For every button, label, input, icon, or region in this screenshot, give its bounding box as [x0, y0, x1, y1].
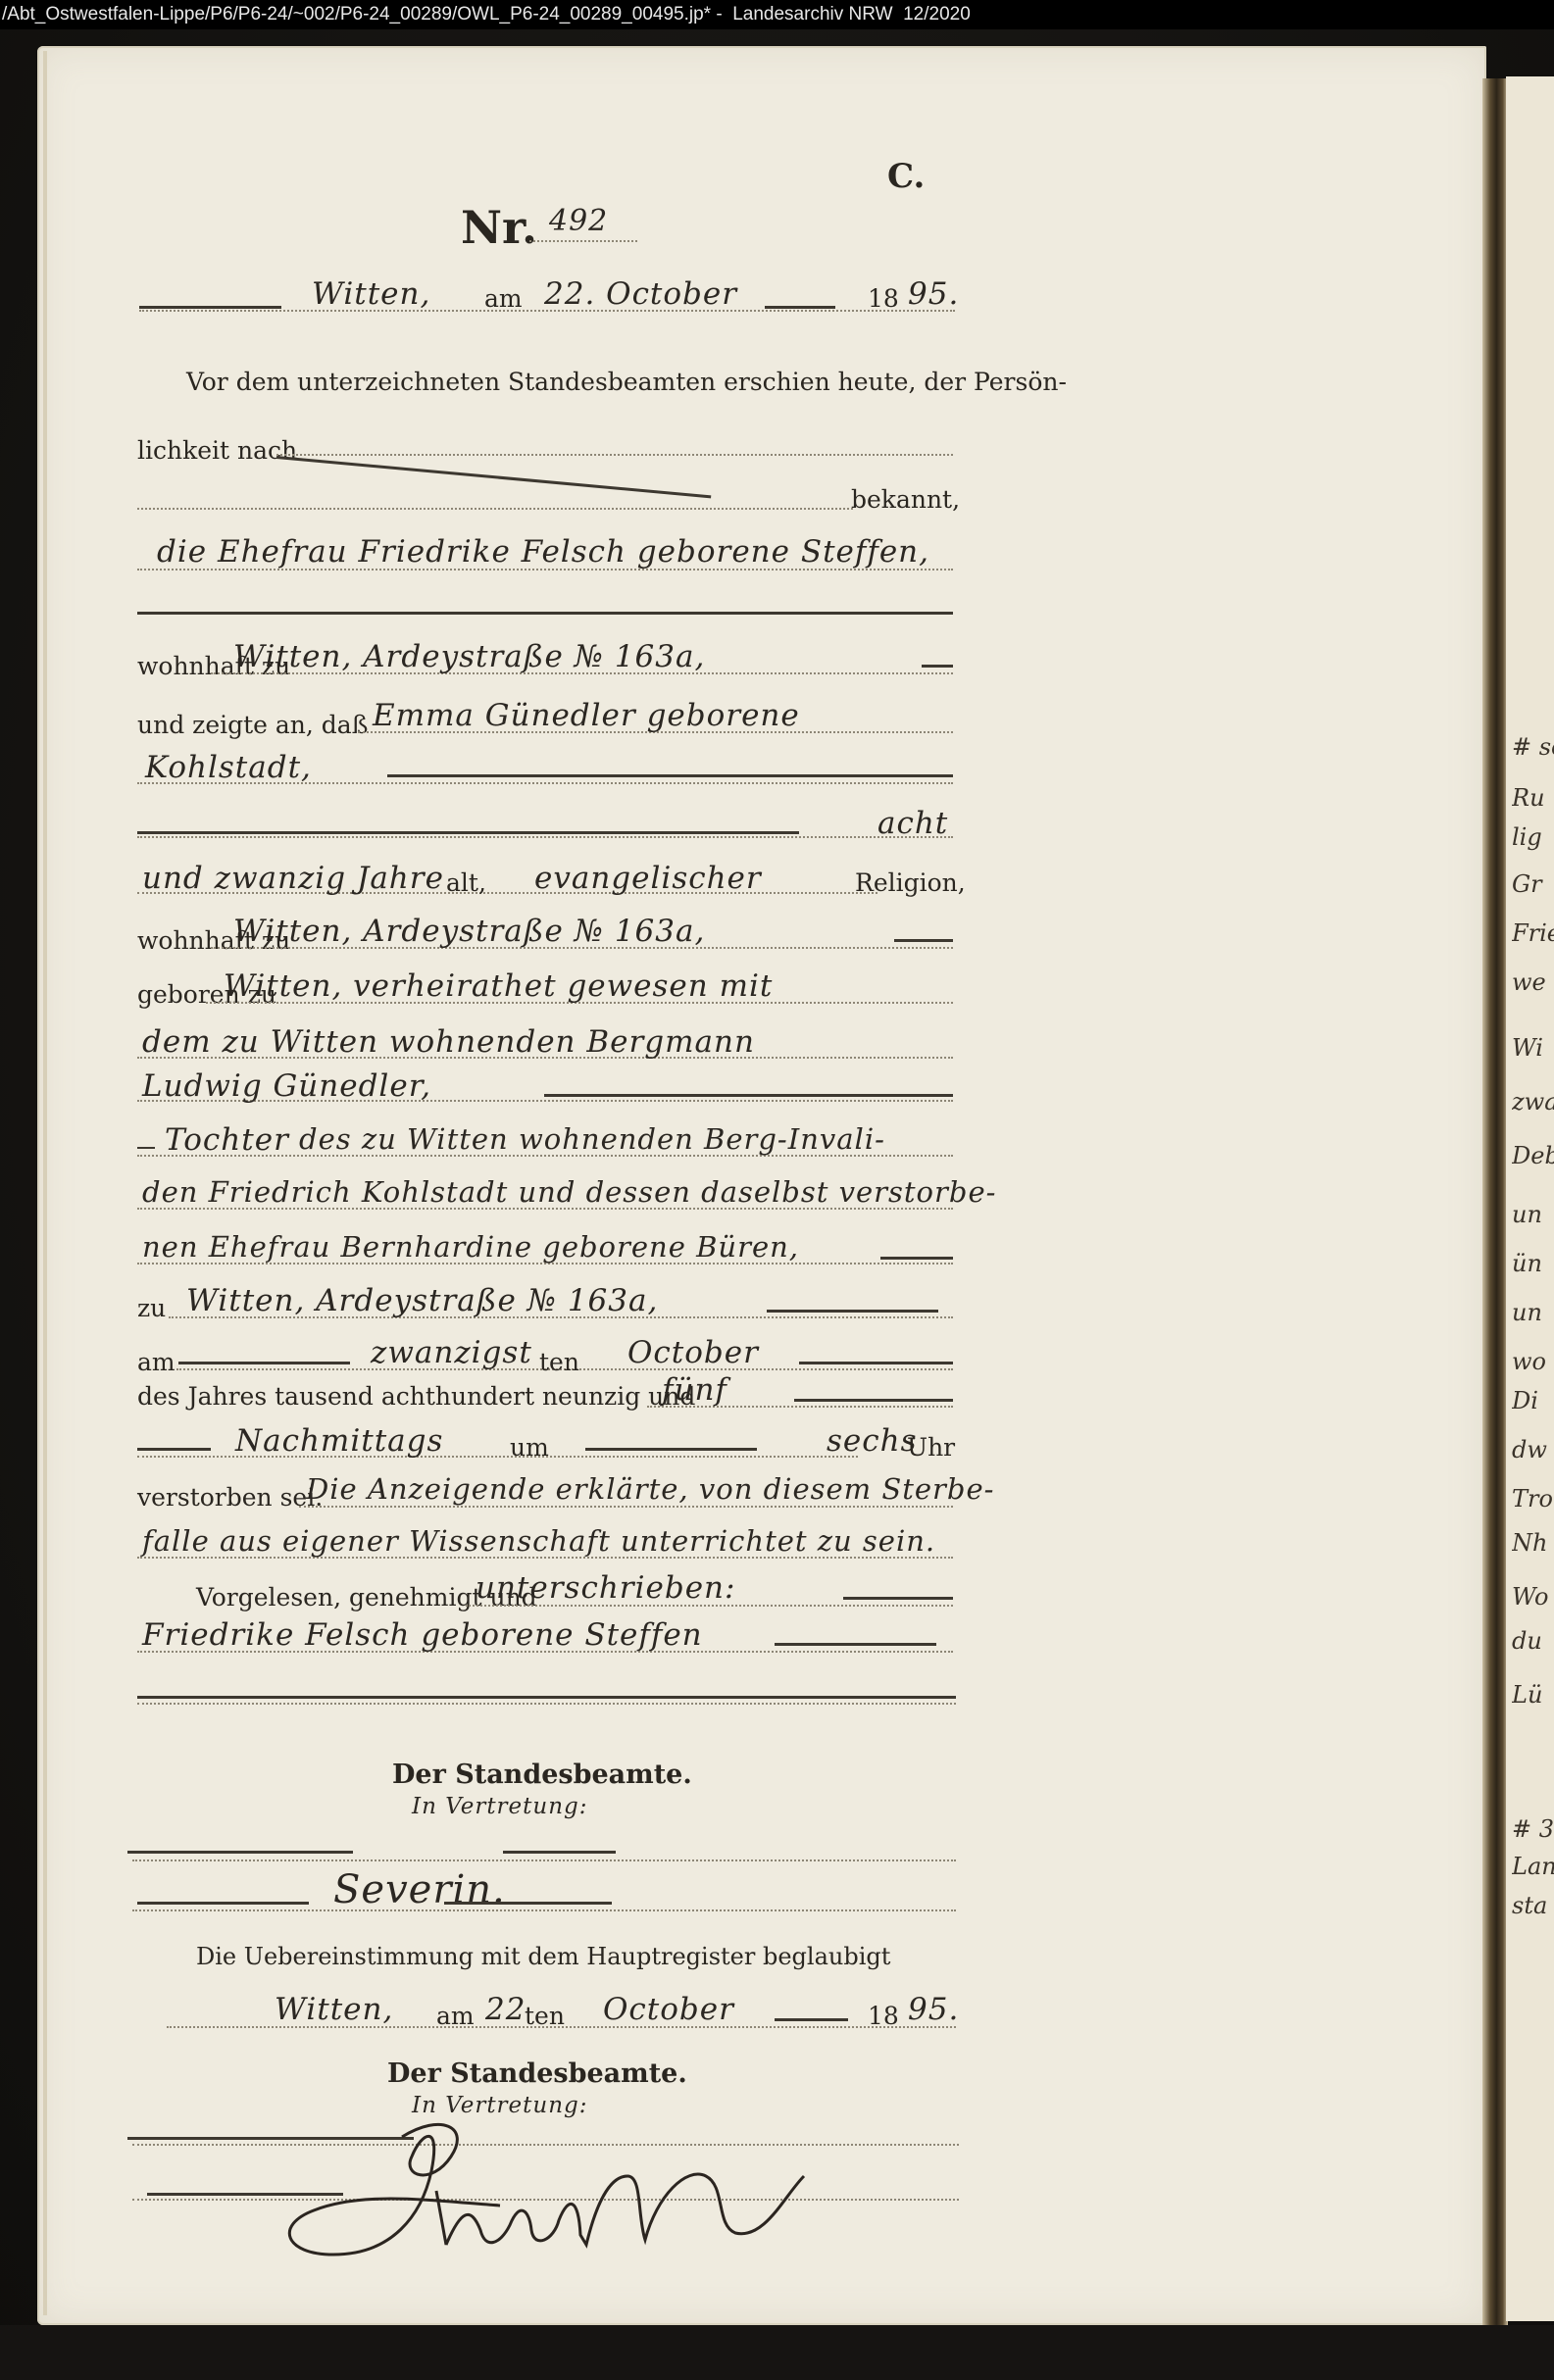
father-line2: den Friedrich Kohlstadt und dessen dasel… — [142, 1175, 996, 1209]
mother-line: nen Ehefrau Bernhardine geborene Büren, — [142, 1230, 799, 1264]
informant-residence: Witten, Ardeystraße № 163a, — [233, 639, 705, 674]
filler-rule — [843, 1597, 953, 1600]
signature-rule — [444, 1902, 612, 1905]
facing-note: Gr — [1512, 870, 1554, 898]
dotted-line — [137, 508, 853, 510]
informant-name: die Ehefrau Friedrike Felsch geborene St… — [157, 534, 929, 570]
date-am-label: am — [484, 284, 523, 313]
declaration-line1: Die Anzeigende erklärte, von diesem Ster… — [306, 1472, 994, 1506]
declaration-line2: falle aus eigener Wissenschaft unterrich… — [142, 1524, 935, 1558]
zeigte-an-label: und zeigte an, daß — [137, 711, 368, 739]
separator-rule — [137, 612, 953, 615]
facing-note: Di — [1512, 1387, 1554, 1414]
death-record: C. Nr. 492 Witten, am 22. October 18 95.… — [0, 0, 1554, 2380]
number-dotted-line — [529, 240, 637, 242]
facing-note: Tro — [1512, 1485, 1554, 1512]
registrar-deputy-note: In Vertretung: — [412, 1794, 588, 1819]
facing-note: # sc — [1512, 733, 1554, 761]
facing-note: wo — [1512, 1348, 1554, 1375]
religion-value: evangelischer — [534, 861, 762, 896]
filler-rule — [775, 2018, 848, 2021]
signature-rule — [503, 1851, 616, 1854]
deceased-name: Emma Günedler geborene — [373, 698, 800, 733]
facing-note: un — [1512, 1299, 1554, 1326]
signature-rule — [137, 1902, 309, 1905]
time-of-day: Nachmittags — [235, 1423, 443, 1459]
death-hour: sechs — [827, 1423, 918, 1459]
cert-heading: Der Standesbeamte. — [387, 2058, 687, 2089]
facing-note: sta — [1512, 1892, 1554, 1919]
cert-signature-flourish — [275, 2117, 1088, 2274]
facing-note: Lan — [1512, 1853, 1554, 1880]
filler-rule — [387, 774, 953, 777]
deceased-residence: Witten, Ardeystraße № 163a, — [233, 914, 705, 949]
dotted-line — [137, 836, 953, 838]
facing-note: # 3 — [1512, 1815, 1554, 1843]
record-number: 492 — [549, 204, 608, 238]
death-day: zwanzigst — [371, 1335, 532, 1370]
dotted-line — [137, 1703, 956, 1705]
facing-note: zwa — [1512, 1088, 1554, 1116]
filler-rule — [765, 306, 835, 309]
facing-note: dw — [1512, 1436, 1554, 1463]
father-line1: des zu Witten wohnenden Berg-Invali- — [299, 1122, 885, 1156]
am-label: am — [137, 1348, 175, 1376]
spouse-line: dem zu Witten wohnenden Bergmann — [142, 1024, 755, 1060]
vorgelesen-value: unterschrieben: — [476, 1570, 735, 1606]
filler-rule — [139, 306, 281, 309]
facing-note: we — [1512, 968, 1554, 996]
certification-text: Die Uebereinstimmung mit dem Hauptregist… — [196, 1943, 890, 1970]
registrar-heading: Der Standesbeamte. — [392, 1760, 692, 1790]
birth-place: Witten, verheirathet gewesen mit — [224, 968, 773, 1004]
filler-rule — [137, 831, 799, 834]
bekannt-label: bekannt, — [851, 485, 960, 514]
filler-rule — [137, 1448, 211, 1451]
facing-note: Wi — [1512, 1034, 1554, 1062]
filler-rule — [894, 939, 953, 942]
death-place: Witten, Ardeystraße № 163a, — [186, 1283, 658, 1318]
age-part2: und zwanzig Jahre — [142, 861, 444, 896]
filler-rule — [585, 1448, 757, 1451]
register-letter: C. — [887, 157, 925, 196]
facing-note: Nh — [1512, 1529, 1554, 1557]
signature-dotted-line — [132, 1909, 956, 1911]
facing-note: Deb — [1512, 1142, 1554, 1169]
age-part1: acht — [877, 806, 948, 841]
cert-ten-label: ten — [525, 2002, 565, 2030]
zu-label: zu — [137, 1294, 166, 1322]
filler-rule — [880, 1257, 953, 1260]
uhr-label: Uhr — [907, 1433, 955, 1462]
facing-note: Ru — [1512, 784, 1554, 812]
alt-label: alt, — [446, 868, 486, 897]
filler-rule — [794, 1399, 953, 1402]
intro-text-line2: lichkeit nach — [137, 436, 297, 465]
filler-rule — [775, 1643, 936, 1646]
filler-rule — [137, 1147, 155, 1149]
facing-note: Lü — [1512, 1681, 1554, 1709]
signature-rule — [127, 1851, 353, 1854]
informant-signature: Friedrike Felsch geborene Steffen — [142, 1617, 703, 1653]
facing-note: lig — [1512, 823, 1554, 851]
cert-deputy-note: In Vertretung: — [412, 2093, 588, 2118]
filler-rule — [922, 665, 953, 668]
religion-label: Religion, — [855, 868, 966, 897]
record-place: Witten, — [312, 276, 430, 312]
intro-text-line1: Vor dem unterzeichneten Standesbeamten e… — [186, 368, 1067, 396]
cert-month: October — [603, 1992, 734, 2027]
dotted-line — [299, 1506, 953, 1508]
cert-am-label: am — [436, 2002, 475, 2030]
registrar-signature: Severin. — [333, 1867, 506, 1912]
cert-year-prefix: 18 — [868, 2002, 899, 2030]
facing-note: ün — [1512, 1250, 1554, 1277]
filler-rule — [767, 1310, 938, 1313]
ten-label: ten — [539, 1348, 579, 1376]
filler-rule — [799, 1362, 953, 1364]
cert-place: Witten, — [275, 1992, 393, 2027]
cert-year-suffix: 95. — [908, 1992, 959, 2027]
daughter-label: Tochter — [165, 1122, 289, 1158]
death-month: October — [627, 1335, 759, 1370]
facing-note: du — [1512, 1627, 1554, 1655]
record-date: 22. October — [544, 276, 737, 312]
cert-day: 22 — [485, 1992, 526, 2027]
facing-note: un — [1512, 1201, 1554, 1228]
dotted-line — [276, 454, 953, 456]
filler-rule — [544, 1094, 953, 1097]
strike-line — [276, 456, 711, 498]
death-year-word: fünf — [662, 1372, 727, 1408]
year-suffix: 95. — [908, 276, 959, 312]
number-label: Nr. — [461, 201, 537, 254]
deceased-maiden-name: Kohlstadt, — [145, 750, 312, 785]
filler-rule — [178, 1362, 350, 1364]
verstorben-label: verstorben sei. — [137, 1483, 323, 1512]
signature-dotted-line — [132, 1859, 956, 1861]
year-prefix: 18 — [868, 284, 899, 313]
facing-note: Frie — [1512, 919, 1554, 947]
facing-note: Wo — [1512, 1583, 1554, 1611]
spouse-name: Ludwig Günedler, — [142, 1068, 431, 1104]
jahres-label: des Jahres tausend achthundert neunzig u… — [137, 1382, 695, 1411]
um-label: um — [510, 1433, 549, 1462]
separator-rule — [137, 1696, 956, 1699]
